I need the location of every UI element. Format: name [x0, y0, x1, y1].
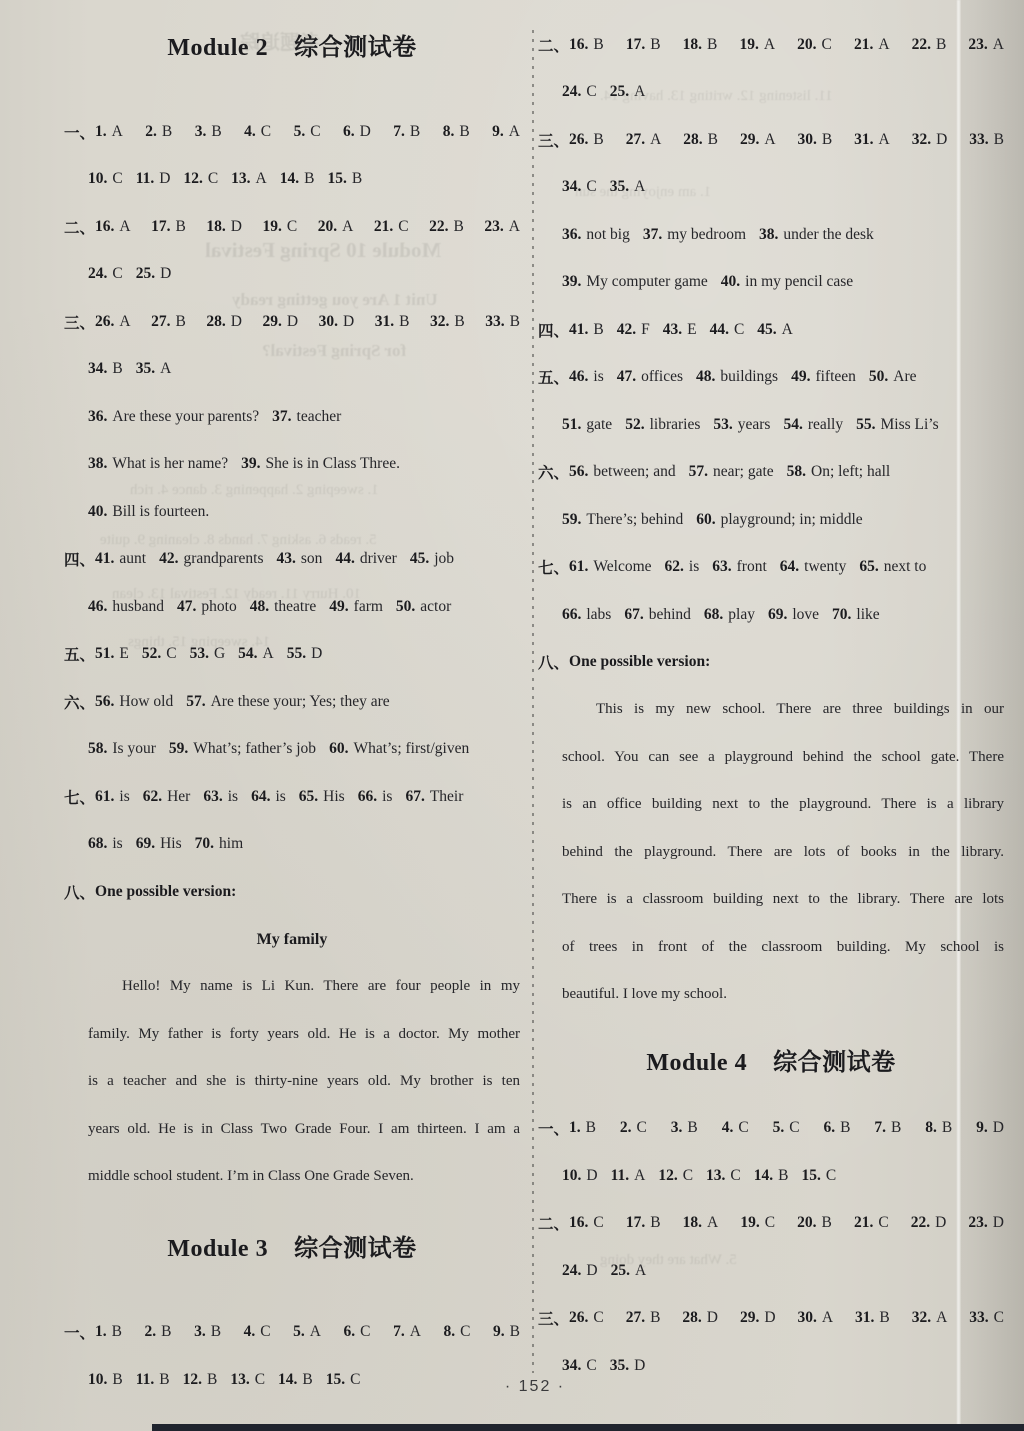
module-heading-en: Module 4 [646, 1043, 747, 1083]
answer-line: 36.Are these your parents?37.teacher [64, 393, 520, 441]
answer-value: Is your [112, 740, 155, 757]
answer-number: 50. [396, 598, 415, 615]
answer-line: 58.Is your59.What’s; father’s job60.What… [64, 726, 520, 774]
answer-number: 4. [244, 123, 256, 140]
answer-line: 一、1.B2.C3.B4.C5.C6.B7.B8.B9.D [538, 1105, 1004, 1153]
answer-number: 55. [287, 645, 306, 662]
answer-value: C [593, 1214, 603, 1231]
answer-number: 5. [293, 1323, 305, 1340]
answer-value: C [287, 218, 297, 235]
answer-number: 64. [251, 788, 270, 805]
answer-item: 14.B [754, 1167, 789, 1185]
answer-number: 12. [658, 1167, 677, 1184]
answer-number: 24. [88, 265, 107, 282]
answer-value: C [593, 1309, 603, 1326]
answer-value: C [586, 83, 596, 100]
answer-value: in my pencil case [745, 273, 853, 290]
answer-item: 11.B [136, 1371, 170, 1389]
answer-number: 62. [143, 788, 162, 805]
answer-item: 64.is [251, 788, 286, 806]
answer-value: B [707, 36, 717, 53]
answer-items: 46.is47.offices48.buildings49.fifteen50.… [569, 368, 917, 386]
answer-item: 2.C [620, 1119, 647, 1137]
answer-item: 11.A [611, 1167, 646, 1185]
answer-number: 8. [443, 1323, 455, 1340]
answer-line: 四、41.B42.F43.E44.C45.A [538, 306, 1004, 354]
answer-number: 15. [326, 1371, 345, 1388]
answer-number: 63. [203, 788, 222, 805]
answer-number: 30. [797, 1309, 816, 1326]
answer-number: 45. [757, 321, 776, 338]
answer-number: 31. [854, 131, 873, 148]
answer-item: 68.play [704, 606, 755, 624]
answer-number: 29. [740, 131, 759, 148]
answer-number: 36. [88, 408, 107, 425]
answer-line: 三、26.C27.B28.D29.D30.A31.B32.A33.C [538, 1295, 1004, 1343]
answer-line: 39.My computer game40.in my pencil case [538, 259, 1004, 307]
answer-value: B [994, 131, 1004, 148]
answer-item: 19.C [740, 1214, 775, 1232]
answer-item: 56.between; and [569, 463, 676, 481]
answer-item: 8.B [443, 123, 470, 141]
answer-number: 13. [230, 1371, 249, 1388]
answer-item: 17.B [626, 36, 661, 54]
answer-value: my bedroom [667, 226, 746, 243]
answer-item: 62.is [665, 558, 700, 576]
answer-item: 14.B [278, 1371, 313, 1389]
answer-value: D [287, 313, 298, 330]
answer-value: C [260, 1323, 270, 1340]
answer-item: 13.C [230, 1371, 265, 1389]
answer-value: Miss Li’s [881, 416, 939, 433]
answer-number: 34. [562, 1357, 581, 1374]
answer-items: 36.not big37.my bedroom38.under the desk [562, 226, 874, 244]
answer-value: B [112, 1371, 122, 1388]
answer-item: 50.Are [869, 368, 917, 386]
answer-items: 40.Bill is fourteen. [88, 503, 209, 521]
bleedthrough-text: Module 10 Spring Festival [205, 238, 441, 263]
answer-item: 35.D [610, 1357, 646, 1375]
bleedthrough-text: 14. sweeping 15. things [128, 634, 270, 651]
answer-items: 61.is62.Her63.is64.is65.His66.is67.Their [95, 788, 463, 806]
answer-value: A [310, 1323, 321, 1340]
answer-line: 三、26.B27.A28.B29.A30.B31.A32.D33.B [538, 116, 1004, 164]
answer-item: 9.D [976, 1119, 1004, 1137]
answer-item: 20.A [318, 218, 354, 236]
answer-items: 41.aunt42.grandparents43.son44.driver45.… [95, 550, 454, 568]
answer-number: 57. [186, 693, 205, 710]
answer-value: E [687, 321, 696, 338]
answer-number: 19. [262, 218, 281, 235]
answer-item: 69.His [136, 835, 182, 853]
answer-item: 44.C [710, 321, 745, 339]
answer-item: 26.A [95, 313, 131, 331]
section-marker: 五、 [64, 643, 95, 665]
section-label-line: 八、One possible version: [538, 639, 1004, 687]
answer-line: 一、1.A2.B3.B4.C5.C6.D7.B8.B9.A [64, 108, 520, 156]
answer-items: 26.C27.B28.D29.D30.A31.B32.A33.C [569, 1309, 1004, 1327]
section-marker: 三、 [538, 1307, 569, 1329]
answer-value: B [778, 1167, 788, 1184]
answer-number: 65. [859, 558, 878, 575]
answer-number: 9. [492, 123, 504, 140]
answer-number: 64. [780, 558, 799, 575]
answer-value: him [219, 835, 243, 852]
section-marker: 六、 [538, 461, 569, 483]
answer-items: 39.My computer game40.in my pencil case [562, 273, 853, 291]
answer-number: 13. [706, 1167, 725, 1184]
essay-line: behind the playground. There are lots of… [538, 829, 1004, 877]
answer-value: B [687, 1119, 697, 1136]
answer-value: D [159, 170, 170, 187]
answer-number: 54. [783, 416, 802, 433]
answer-number: 58. [787, 463, 806, 480]
answer-value: next to [884, 558, 927, 575]
answer-value: B [822, 131, 832, 148]
answer-line: 51.gate52.libraries53.years54.really55.M… [538, 401, 1004, 449]
answer-value: D [936, 131, 947, 148]
answer-item: 6.D [343, 123, 371, 141]
answer-number: 1. [569, 1119, 581, 1136]
answer-item: 23.A [484, 218, 520, 236]
answer-value: B [650, 1214, 660, 1231]
answer-item: 15.C [801, 1167, 836, 1185]
answer-item: 59.What’s; father’s job [169, 740, 316, 758]
answer-item: 28.D [206, 313, 242, 331]
answer-number: 14. [278, 1371, 297, 1388]
answer-value: A [879, 131, 890, 148]
answer-number: 37. [643, 226, 662, 243]
answer-value: A [878, 36, 889, 53]
answer-value: front [737, 558, 767, 575]
answer-item: 68.is [88, 835, 123, 853]
answer-number: 17. [626, 36, 645, 53]
answer-line: 一、1.B2.B3.B4.C5.A6.C7.A8.C9.B [64, 1309, 520, 1357]
answer-line: 59.There’s; behind60.playground; in; mid… [538, 496, 1004, 544]
answer-value: A [764, 131, 775, 148]
answer-value: C [398, 218, 408, 235]
answer-value: job [434, 550, 454, 567]
answer-value: D [935, 1214, 946, 1231]
answer-value: C [460, 1323, 470, 1340]
answer-value: B [176, 313, 186, 330]
answer-number: 4. [244, 1323, 256, 1340]
answer-value: C [683, 1167, 693, 1184]
answer-number: 16. [95, 218, 114, 235]
answer-number: 16. [569, 1214, 588, 1231]
answer-value: B [207, 1371, 217, 1388]
answer-value: B [454, 313, 464, 330]
answer-value: buildings [720, 368, 778, 385]
answer-item: 67.Their [405, 788, 463, 806]
answer-value: B [176, 218, 186, 235]
section-marker: 四、 [538, 319, 569, 341]
answer-item: 16.A [95, 218, 131, 236]
section-marker: 七、 [64, 786, 95, 808]
answer-item: 41.B [569, 321, 604, 339]
bleedthrough-text: 5. What are they doing [600, 1252, 737, 1269]
answer-item: 43.E [663, 321, 697, 339]
answer-number: 32. [912, 1309, 931, 1326]
answer-number: 45. [410, 550, 429, 567]
answer-number: 35. [136, 360, 155, 377]
answer-number: 59. [169, 740, 188, 757]
answer-item: 12.B [183, 1371, 218, 1389]
section-marker: 一、 [538, 1117, 569, 1139]
answer-number: 8. [925, 1119, 937, 1136]
answer-value: love [792, 606, 819, 623]
answer-item: 4.C [244, 123, 271, 141]
answer-value: B [593, 321, 603, 338]
answer-number: 25. [136, 265, 155, 282]
answer-number: 22. [911, 1214, 930, 1231]
answer-item: 3.B [195, 123, 222, 141]
answer-item: 7.B [393, 123, 420, 141]
scan-bottom-edge [152, 1424, 1024, 1431]
section-marker: 二、 [64, 216, 95, 238]
answer-item: 1.B [95, 1323, 122, 1341]
answer-item: 1.A [95, 123, 123, 141]
answer-item: 5.C [773, 1119, 800, 1137]
bleedthrough-text: 考题追踪 [240, 26, 320, 55]
answer-number: 44. [335, 550, 354, 567]
answer-value: grandparents [183, 550, 263, 567]
answer-items: 59.There’s; behind60.playground; in; mid… [562, 511, 863, 529]
answer-items: 1.B2.B3.B4.C5.A6.C7.A8.C9.B [95, 1323, 520, 1341]
answer-value: A [112, 123, 123, 140]
column-divider-dotted-line [532, 30, 534, 1373]
answer-number: 26. [95, 313, 114, 330]
section-marker: 一、 [64, 1321, 95, 1343]
answer-value: D [311, 645, 322, 662]
answer-item: 4.C [722, 1119, 749, 1137]
answer-line: 七、61.Welcome62.is63.front64.twenty65.nex… [538, 544, 1004, 592]
answer-number: 7. [874, 1119, 886, 1136]
answer-value: C [112, 170, 122, 187]
answer-value: C [994, 1309, 1004, 1326]
answer-value: is [689, 558, 699, 575]
answer-item: 55.Miss Li’s [856, 416, 939, 434]
answer-number: 17. [151, 218, 170, 235]
answer-number: 38. [759, 226, 778, 243]
answer-item: 44.driver [335, 550, 396, 568]
answer-number: 33. [969, 131, 988, 148]
answer-item: 28.B [683, 131, 718, 149]
answer-item: 18.D [206, 218, 242, 236]
answer-item: 22.D [911, 1214, 947, 1232]
answer-line: 六、56.How old57.Are these your; Yes; they… [64, 678, 520, 726]
answer-number: 26. [569, 131, 588, 148]
answer-number: 13. [231, 170, 250, 187]
answer-number: 24. [562, 1262, 581, 1279]
answer-item: 30.D [319, 313, 355, 331]
answer-items: 51.gate52.libraries53.years54.really55.M… [562, 416, 939, 434]
answer-value: B [936, 36, 946, 53]
answer-value: is [119, 788, 129, 805]
answer-number: 67. [624, 606, 643, 623]
answer-item: 52.libraries [625, 416, 700, 434]
answer-value: There’s; behind [586, 511, 683, 528]
answer-value: Are these your parents? [112, 408, 259, 425]
answer-line: 六、56.between; and57.near; gate58.On; lef… [538, 449, 1004, 497]
answer-value: B [708, 131, 718, 148]
answer-item: 42.F [617, 321, 650, 339]
answer-item: 45.job [410, 550, 454, 568]
answer-value: B [302, 1371, 312, 1388]
answer-number: 3. [195, 123, 207, 140]
answer-number: 38. [88, 455, 107, 472]
essay-line: This is my new school. There are three b… [538, 686, 1004, 734]
answer-value: She is in Class Three. [266, 455, 400, 472]
answer-value: B [650, 36, 660, 53]
answer-value: C [765, 1214, 775, 1231]
answer-item: 6.B [823, 1119, 850, 1137]
answer-number: 19. [739, 36, 758, 53]
answer-number: 37. [272, 408, 291, 425]
section-marker: 一、 [64, 121, 95, 143]
answer-item: 12.C [658, 1167, 693, 1185]
answer-item: 35.A [136, 360, 172, 378]
answer-item: 20.B [797, 1214, 832, 1232]
answer-item: 10.B [88, 1371, 123, 1389]
answer-number: 3. [194, 1323, 206, 1340]
answer-item: 34.C [562, 1357, 597, 1375]
answer-value: B [211, 1323, 221, 1340]
answer-item: 29.D [262, 313, 298, 331]
answer-item: 58.On; left; hall [787, 463, 891, 481]
answer-items: 10.B11.B12.B13.C14.B15.C [88, 1371, 360, 1389]
answer-number: 51. [562, 416, 581, 433]
answer-item: 33.C [969, 1309, 1004, 1327]
answer-item: 53.years [713, 416, 770, 434]
answer-number: 41. [95, 550, 114, 567]
answer-items: 66.labs67.behind68.play69.love70.like [562, 606, 880, 624]
section-marker: 三、 [64, 311, 95, 333]
answer-value: B [891, 1119, 901, 1136]
answer-value: gate [586, 416, 612, 433]
answer-number: 35. [610, 1357, 629, 1374]
answer-item: 37.my bedroom [643, 226, 746, 244]
answer-value: fifteen [815, 368, 855, 385]
answer-item: 16.B [569, 36, 604, 54]
answer-value: B [161, 1323, 171, 1340]
answer-value: C [637, 1119, 647, 1136]
answer-number: 51. [95, 645, 114, 662]
answer-number: 33. [969, 1309, 988, 1326]
answer-value: is [228, 788, 238, 805]
answer-value: B [593, 36, 603, 53]
answer-item: 70.him [195, 835, 244, 853]
answer-item: 32.B [430, 313, 465, 331]
answer-line: 10.C11.D12.C13.A14.B15.B [64, 156, 520, 204]
answer-line: 66.labs67.behind68.play69.love70.like [538, 591, 1004, 639]
answer-item: 11.D [136, 170, 171, 188]
answer-number: 58. [88, 740, 107, 757]
essay-line: middle school student. I’m in Class One … [64, 1153, 520, 1201]
answer-value: What is her name? [112, 455, 228, 472]
answer-items: 41.B42.F43.E44.C45.A [569, 321, 793, 339]
answer-number: 5. [773, 1119, 785, 1136]
answer-number: 18. [683, 1214, 702, 1231]
answer-items: 16.B17.B18.B19.A20.C21.A22.B23.A [569, 36, 1004, 54]
answer-item: 6.C [344, 1323, 371, 1341]
answer-value: not big [586, 226, 630, 243]
answer-item: 64.twenty [780, 558, 847, 576]
answer-value: D [160, 265, 171, 282]
answer-item: 30.B [797, 131, 832, 149]
answer-number: 1. [95, 1323, 107, 1340]
answer-value: C [789, 1119, 799, 1136]
answer-number: 5. [294, 123, 306, 140]
answer-item: 3.B [194, 1323, 221, 1341]
answer-value: C [734, 321, 744, 338]
answer-number: 10. [88, 1371, 107, 1388]
answer-value: C [350, 1371, 360, 1388]
answer-value: B [822, 1214, 832, 1231]
answer-number: 62. [665, 558, 684, 575]
answer-item: 39.She is in Class Three. [241, 455, 400, 473]
answer-number: 12. [183, 1371, 202, 1388]
answer-item: 45.A [757, 321, 793, 339]
answer-value: Their [430, 788, 464, 805]
answer-value: A [936, 1309, 947, 1326]
answer-value: Her [167, 788, 190, 805]
answer-number: 70. [195, 835, 214, 852]
answer-item: 36.Are these your parents? [88, 408, 259, 426]
answer-value: B [112, 360, 122, 377]
answer-item: 5.C [294, 123, 321, 141]
answer-number: 2. [145, 123, 157, 140]
answer-item: 26.B [569, 131, 604, 149]
answer-item: 38.What is her name? [88, 455, 228, 473]
answer-item: 59.There’s; behind [562, 511, 683, 529]
answer-line: 10.B11.B12.B13.C14.B15.C [64, 1356, 520, 1404]
answer-number: 69. [768, 606, 787, 623]
answer-items: 10.D11.A12.C13.C14.B15.C [562, 1167, 836, 1185]
answer-number: 11. [136, 1371, 155, 1388]
answer-item: 18.A [683, 1214, 719, 1232]
answer-number: 22. [912, 36, 931, 53]
answer-value: Bill is fourteen. [112, 503, 209, 520]
answer-value: On; left; hall [811, 463, 890, 480]
answer-number: 8. [443, 123, 455, 140]
answer-value: B [410, 123, 420, 140]
answer-item: 27.B [626, 1309, 661, 1327]
answer-value: D [764, 1309, 775, 1326]
answer-item: 67.behind [624, 606, 691, 624]
answer-value: is [593, 368, 603, 385]
answer-number: 42. [159, 550, 178, 567]
section-label-line: 八、One possible version: [64, 868, 520, 916]
answer-item: 9.A [492, 123, 520, 141]
answer-items: 26.A27.B28.D29.D30.D31.B32.B33.B [95, 313, 520, 331]
answer-number: 12. [183, 170, 202, 187]
answer-value: years [738, 416, 771, 433]
answer-item: 23.D [968, 1214, 1004, 1232]
module-heading: Module 3综合测试卷 [64, 1229, 520, 1269]
section-marker: 二、 [538, 34, 569, 56]
answer-value: Are these your; Yes; they are [211, 693, 390, 710]
answer-value: A [160, 360, 171, 377]
answer-item: 12.C [183, 170, 218, 188]
answer-item: 4.C [244, 1323, 271, 1341]
answer-item: 47.offices [617, 368, 683, 386]
answer-number: 63. [712, 558, 731, 575]
answer-line: 34.C35.D [538, 1342, 1004, 1390]
answer-item: 56.How old [95, 693, 173, 711]
answer-value: A [119, 218, 130, 235]
answer-value: D [993, 1119, 1004, 1136]
